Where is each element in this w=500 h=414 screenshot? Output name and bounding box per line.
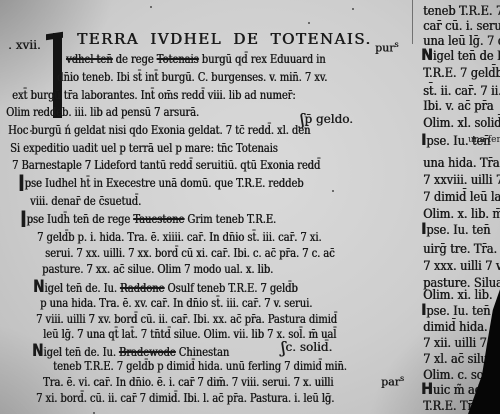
line-text: ext̄ burgū tr̄a laborantes. Int̄ om̄s re… (12, 87, 296, 102)
text-line: Si expeditio uadit uel p terrā uel p mar… (10, 140, 278, 155)
column-rule (412, 0, 413, 44)
line-text: igel ten̄ de. Iu. (43, 344, 119, 359)
speck (352, 8, 354, 10)
line-text: Chinestan (176, 344, 230, 359)
text-line: teneb T.R.E. 7 geld̄b p dimid̄ hida. unū… (53, 358, 347, 373)
margin-gloss-top: purs (375, 40, 399, 55)
margin-chapter-number: . xvii. (8, 38, 41, 52)
text-line: ext̄ burgū tr̄a laborantes. Int̄ om̄s re… (12, 87, 296, 102)
brace-note-text: c. solid̄. (285, 340, 332, 354)
text-line: 7 Barnestaple 7 Lideford tantū redd̄ ser… (12, 157, 320, 172)
line-initial: N (33, 277, 44, 297)
text-line: Tra. ē. vi. car̄. In dn̄io. ē. i. car̄ 7… (43, 374, 333, 389)
gloss-text: pur (375, 42, 394, 55)
text-line: vdhel ten̄ de rege Totenais burgū qd̄ re… (66, 51, 326, 66)
text-line: dn̄io teneb. Ibi st̄ int̄ burgū. C. burg… (57, 69, 327, 84)
struck-place-name: Raddone (120, 280, 164, 295)
line-text: 7 geld̄b p. i. hida. Tra. ē. xiiii. car̄… (37, 229, 321, 244)
line-text: Hoc burgū ń geldat nisi qdo Exonia gelda… (8, 122, 310, 137)
text-line: Ipse Iudhel ht̄ in Execestre unā domū. q… (18, 175, 303, 190)
struck-place-name: Bradewode (119, 344, 176, 359)
line-text: leū lḡ. 7 una qt̄ lat̄. 7 tn̄td̄ silue. … (43, 326, 336, 341)
text-line: p una hida. Tra. ē. xv. car̄. In dn̄io s… (40, 295, 312, 310)
struck-place-name: Totenais (157, 51, 199, 66)
line-text: pasture. 7 xx. ac̄ silue. Olim 7 modo ua… (42, 261, 273, 276)
line-text: p una hida. Tra. ē. xv. car̄. In dn̄io s… (40, 295, 312, 310)
text-line: pasture. 7 xx. ac̄ silue. Olim 7 modo ua… (42, 261, 273, 276)
line-text: igel ten̄ de. Iu. (44, 280, 120, 295)
manuscript-photo: . xvii. I TERRA IVDHEL DE TOTENAIS. purs… (0, 0, 500, 414)
text-line: Ipse. Iu. ten̄ (421, 219, 490, 238)
section-heading: TERRA IVDHEL DE TOTENAIS. (77, 30, 372, 48)
line-text: Osulf teneb T.R.E. 7 geld̄b (164, 280, 297, 295)
gloss-sup: s (400, 374, 404, 383)
speck (30, 130, 32, 132)
line-text: 7 Barnestaple 7 Lideford tantū redd̄ ser… (12, 157, 320, 172)
text-line: Olim reddeb. iii. lib ad pensū 7 arsurā. (6, 104, 199, 119)
line-text: pse. Iu. ten̄ (426, 134, 490, 149)
line-text: viii. denar̄ de c̄suetud̄. (30, 193, 141, 208)
gloss-sup: s (394, 40, 398, 49)
speck (150, 6, 152, 8)
line-text: Olim. xl. solid̄ (423, 116, 500, 131)
text-line: Ipse. Iu. ten̄ (421, 130, 490, 149)
speck (308, 22, 310, 24)
line-text: pse Iudh̄ ten̄ de rege (27, 211, 134, 226)
line-text: Si expeditio uadit uel p terrā uel p mar… (10, 140, 278, 155)
line-text: 7 xi. bord̄. cū. ii. car̄ 7 dimid̄. Ibi.… (36, 390, 334, 405)
text-line: 7 xi. bord̄. cū. ii. car̄ 7 dimid̄. Ibi.… (36, 390, 334, 405)
line-text: de rege (112, 51, 156, 66)
line-text: Tra. ē. vi. car̄. In dn̄io. ē. i. car̄ 7… (43, 374, 333, 389)
brace-note-text: p̄ geldo. (304, 112, 353, 126)
text-line: 7 geld̄b p. i. hida. Tra. ē. xiiii. car̄… (37, 229, 321, 244)
text-line: 7 viii. uilli 7 xv. bord̄ cū. ii. car̄. … (36, 311, 337, 326)
text-line: leū lḡ. 7 una qt̄ lat̄. 7 tn̄td̄ silue. … (43, 326, 336, 341)
line-text: teneb T.R.E. 7 geld̄b p dimid̄ hida. unū… (53, 358, 347, 373)
line-text: pse Iudhel ht̄ in Execestre unā domū. qu… (25, 175, 304, 190)
text-line: viii. denar̄ de c̄suetud̄. (30, 193, 141, 208)
line-text: serui. 7 xx. uilli. 7 xx. bord̄ cū xi. c… (45, 245, 335, 260)
line-text: burgū qd̄ rex Eduuard in (199, 51, 326, 66)
speck (332, 190, 334, 192)
line-text: Grim teneb T.R.E. (184, 211, 276, 226)
struck-place-name: Tauestone (133, 211, 184, 226)
line-text: T.R.E. 7 geld̄b (423, 66, 500, 81)
text-line: serui. 7 xx. uilli. 7 xx. bord̄ cū xi. c… (45, 245, 335, 260)
line-text: pse. Iu. ten̄ (426, 223, 490, 238)
text-line: Nigel ten̄ de. Iu. Raddone Osulf teneb T… (33, 277, 298, 297)
text-line: Ipse Iudh̄ ten̄ de rege Tauestone Grim t… (20, 211, 276, 226)
gloss-text: par (381, 376, 400, 389)
margin-gloss-bottom: pars (381, 374, 404, 389)
line-initial: N (32, 341, 43, 361)
text-line: T.R.E. 7 geld̄b (423, 62, 500, 81)
line-text: Olim reddeb. iii. lib ad pensū 7 arsurā. (6, 104, 199, 119)
text-line: Olim. xl. solid̄ (423, 112, 500, 131)
text-line: Hoc burgū ń geldat nisi qdo Exonia gelda… (8, 122, 310, 137)
line-text: dn̄io teneb. Ibi st̄ int̄ burgū. C. burg… (57, 69, 327, 84)
struck-word: vdhel ten̄ (66, 51, 112, 66)
line-text: 7 viii. uilli 7 xv. bord̄ cū. ii. car̄. … (36, 311, 337, 326)
